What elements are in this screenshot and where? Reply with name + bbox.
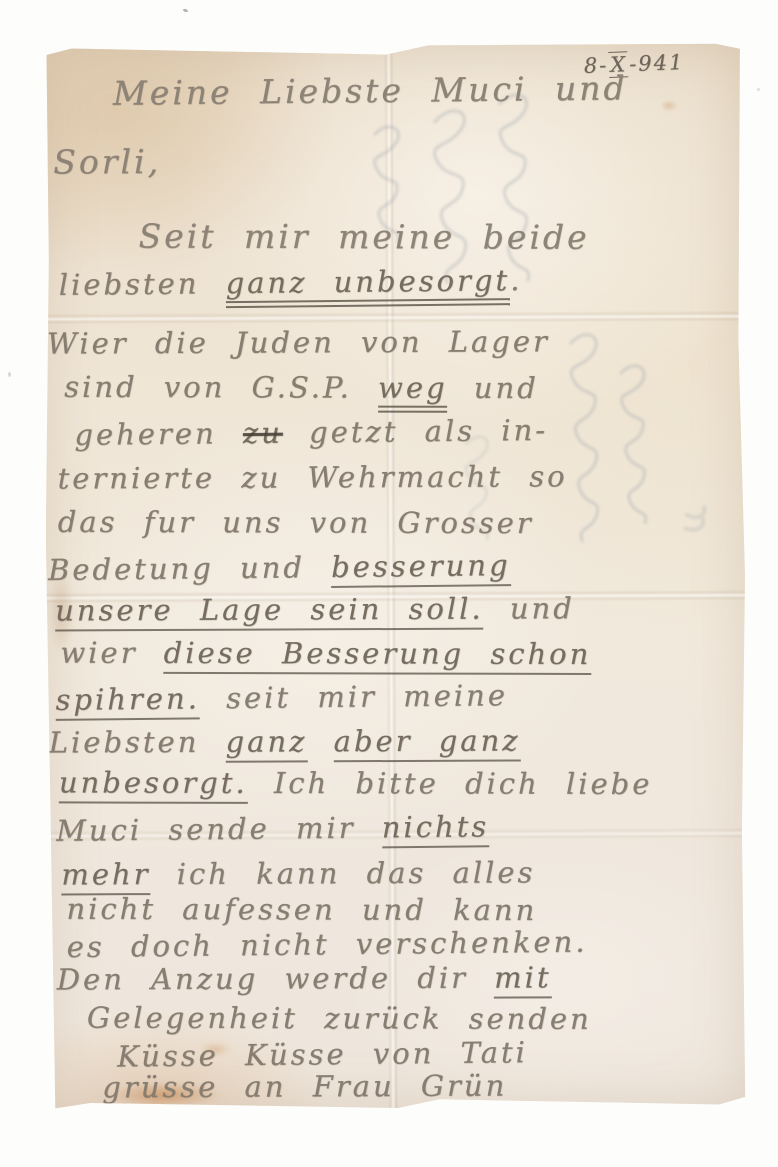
letter-line: wier diese Besserung schon bbox=[60, 636, 591, 671]
letter-text: Gelegenheit zurück senden bbox=[87, 1001, 592, 1036]
letter-line: Seit mir meine beide bbox=[138, 217, 589, 257]
letter-line: unbesorgt. Ich bitte dich liebe bbox=[59, 765, 653, 801]
letter-line: Wier die Juden von Lager bbox=[47, 324, 550, 360]
scan-speck bbox=[183, 8, 189, 13]
letter-line: nicht aufessen und kann bbox=[66, 892, 537, 927]
emphasized-word: besserung bbox=[331, 548, 511, 588]
letter-text: Den Anzug werde dir bbox=[57, 961, 495, 997]
letter-line: Sorli, bbox=[53, 142, 161, 181]
letter-text: grüsse an Frau Grün bbox=[102, 1069, 507, 1105]
emphasized-word: zu bbox=[243, 416, 283, 450]
letter-text: Bedetung und bbox=[48, 550, 331, 587]
letter-text: ternierte zu Wehrmacht so bbox=[57, 459, 567, 495]
letter-text: Muci sende mir bbox=[56, 810, 382, 847]
letter-text: Sorli, bbox=[53, 142, 161, 181]
emphasized-word: mit bbox=[494, 960, 552, 998]
emphasized-word: unbesorgt. bbox=[59, 765, 248, 803]
emphasized-word: mehr bbox=[61, 857, 150, 895]
emphasized-word: aber ganz bbox=[334, 723, 521, 762]
letter-line: das fur uns von Grosser bbox=[58, 505, 534, 540]
letter-line: Muci sende mir nichts bbox=[56, 809, 489, 848]
letter-text: . bbox=[510, 263, 523, 297]
emphasized-word: ganz bbox=[226, 724, 308, 762]
letter-text: das fur uns von Grosser bbox=[58, 505, 534, 540]
letter-line: mehr ich kann das alles bbox=[61, 855, 535, 891]
letter-line: Gelegenheit zurück senden bbox=[87, 1001, 592, 1036]
emphasized-word: nichts bbox=[382, 809, 490, 848]
letter-text bbox=[307, 724, 333, 758]
letter-text: Meine Liebste Muci und bbox=[113, 68, 628, 112]
letter-text: getzt als in- bbox=[283, 413, 549, 450]
letter-line: ternierte zu Wehrmacht so bbox=[57, 459, 567, 495]
letter-line: es doch nicht verschenken. bbox=[66, 925, 587, 964]
letter-text: es doch nicht verschenken. bbox=[66, 925, 587, 964]
letter-text: sind von G.S.P. bbox=[64, 370, 378, 405]
letter-text: und bbox=[448, 371, 539, 405]
letter-line: grüsse an Frau Grün bbox=[102, 1069, 507, 1105]
letter-line: Bedetung und besserung bbox=[48, 548, 511, 587]
letter-line: unsere Lage sein soll. und bbox=[55, 591, 575, 627]
scan-speck bbox=[757, 88, 760, 91]
letter-line: Den Anzug werde dir mit bbox=[57, 960, 552, 996]
letter-line: Liebsten ganz aber ganz bbox=[49, 723, 521, 759]
scan-speck bbox=[8, 372, 11, 377]
emphasized-word: unsere Lage sein soll. bbox=[55, 592, 484, 632]
letter-text: wier bbox=[60, 636, 163, 670]
letter-text: geheren bbox=[74, 416, 243, 452]
letter-line: liebsten ganz unbesorgt. bbox=[59, 263, 523, 302]
emphasized-word: diese Besserung schon bbox=[164, 636, 592, 675]
letter-line: geheren zu getzt als in- bbox=[74, 413, 548, 452]
letter-body: Meine Liebste Muci undSorli,Seit mir mei… bbox=[44, 43, 748, 1109]
letter-text: Ich bitte dich liebe bbox=[248, 766, 653, 801]
letter-text: Wier die Juden von Lager bbox=[47, 324, 550, 360]
letter-line: sind von G.S.P. weg und bbox=[64, 370, 539, 405]
letter-text: Seit mir meine beide bbox=[138, 217, 589, 257]
emphasized-word: spihren. bbox=[55, 681, 200, 721]
emphasized-word: ganz unbesorgt bbox=[225, 263, 510, 308]
letter-line: spihren. seit mir meine bbox=[55, 678, 508, 717]
letter-paper: 8-X-941 Meine Liebste Muci undSorli,Seit… bbox=[44, 43, 748, 1109]
letter-line: Meine Liebste Muci und bbox=[113, 68, 628, 112]
letter-text: Liebsten bbox=[49, 725, 226, 760]
emphasized-word: weg bbox=[378, 371, 448, 413]
letter-text: ich kann das alles bbox=[150, 855, 535, 891]
letter-text: nicht aufessen und kann bbox=[66, 892, 537, 927]
letter-text: seit mir meine bbox=[200, 678, 508, 715]
letter-text: und bbox=[484, 591, 575, 625]
letter-text: liebsten bbox=[59, 266, 226, 302]
scan-background: 8-X-941 Meine Liebste Muci undSorli,Seit… bbox=[0, 0, 778, 1167]
